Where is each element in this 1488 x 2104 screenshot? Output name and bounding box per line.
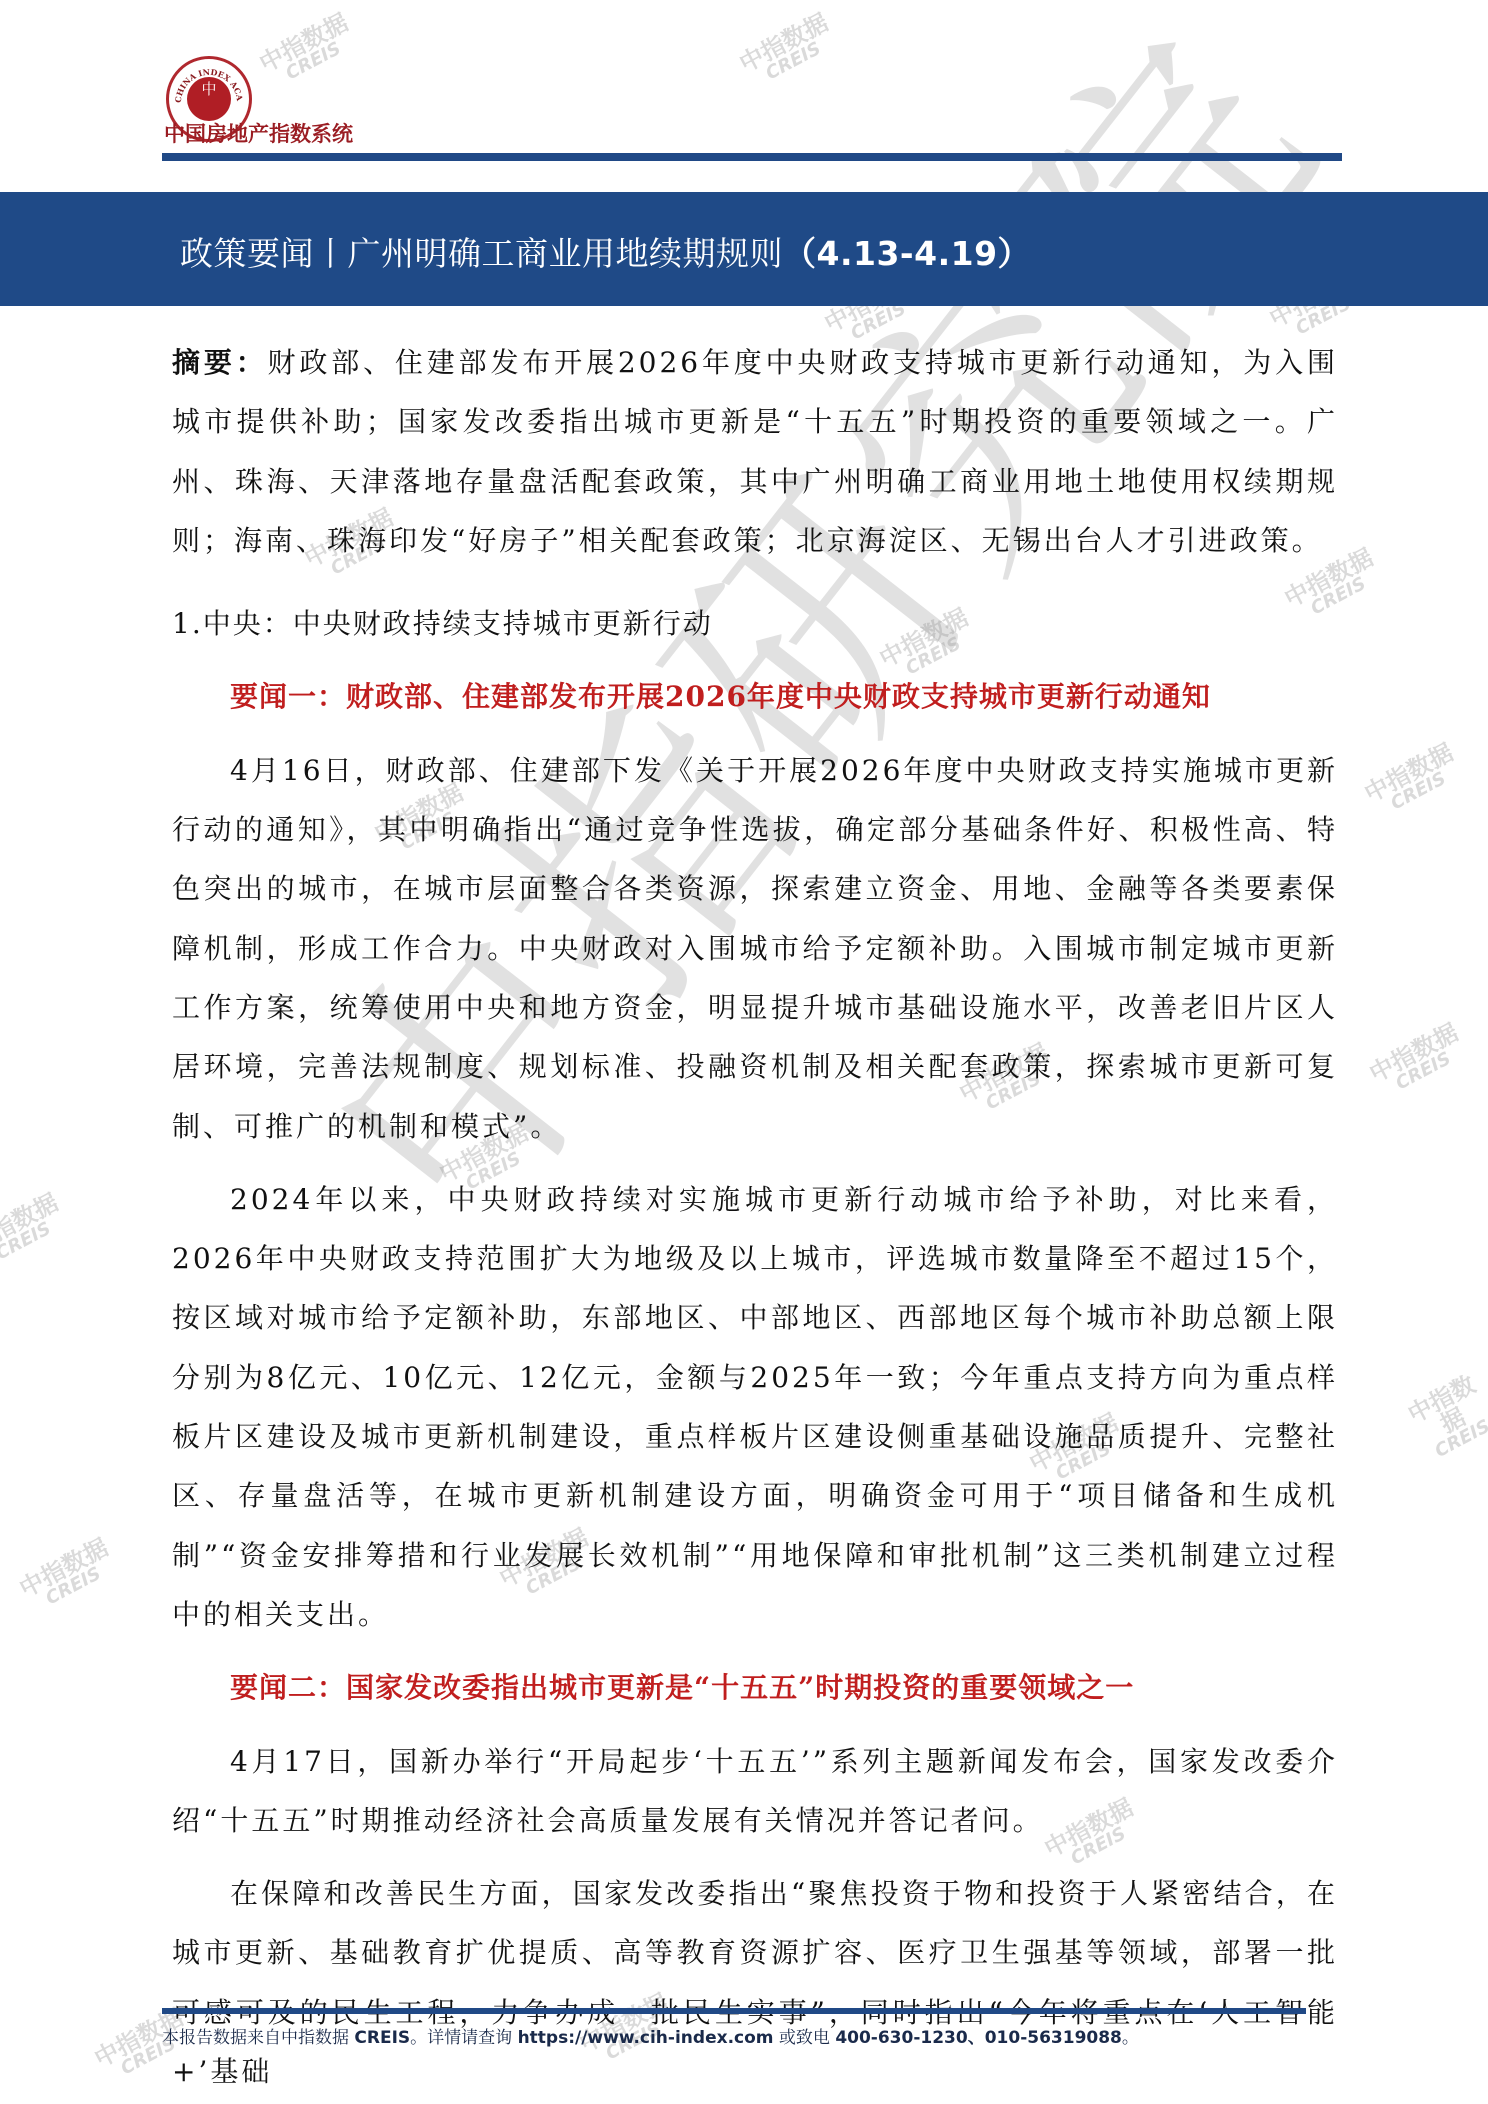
title-main: 政策要闻丨广州明确工商业用地续期规则 bbox=[180, 234, 783, 273]
footer-brand: CREIS bbox=[354, 2028, 410, 2048]
watermark: 中指数据CREIS bbox=[1366, 1020, 1470, 1102]
document-body: 摘要：财政部、住建部发布开展2026年度中央财政支持城市更新行动通知，为入围城市… bbox=[172, 333, 1338, 2101]
watermark: 中指数据CREIS bbox=[256, 10, 360, 92]
title-date-range: （4.13-4.19） bbox=[783, 234, 1031, 273]
watermark: 中指数据CREIS bbox=[736, 10, 840, 92]
watermark: 中指数据CREIS bbox=[1361, 740, 1465, 822]
brand-name: 中国房地产指数系统 bbox=[164, 118, 353, 148]
page-title: 政策要闻丨广州明确工商业用地续期规则（4.13-4.19） bbox=[180, 228, 1031, 275]
logo-center: 中 bbox=[187, 77, 231, 121]
abstract-text: 财政部、住建部发布开展2026年度中央财政支持城市更新行动通知，为入围城市提供补… bbox=[172, 346, 1338, 557]
news-paragraph: 4月16日，财政部、住建部下发《关于开展2026年度中央财政支持实施城市更新行动… bbox=[172, 741, 1338, 1156]
watermark: 中指数据CREIS bbox=[1404, 1372, 1488, 1465]
news-paragraph: 4月17日，国新办举行“开局起步‘十五五’”系列主题新闻发布会，国家发改委介绍“… bbox=[172, 1732, 1338, 1851]
abstract: 摘要：财政部、住建部发布开展2026年度中央财政支持城市更新行动通知，为入围城市… bbox=[172, 333, 1338, 570]
section-heading: 1.中央：中央财政持续支持城市更新行动 bbox=[172, 594, 1338, 653]
footer-phone: 400-630-1230、010-56319088 bbox=[835, 2028, 1122, 2048]
footer-url-link[interactable]: https://www.cih-index.com bbox=[518, 2028, 774, 2048]
news-headline: 要闻二：国家发改委指出城市更新是“十五五”时期投资的重要领域之一 bbox=[172, 1658, 1338, 1717]
news-paragraph: 2024年以来，中央财政持续对实施城市更新行动城市给予补助，对比来看，2026年… bbox=[172, 1170, 1338, 1644]
abstract-label: 摘要： bbox=[172, 346, 268, 379]
news-headline: 要闻一：财政部、住建部发布开展2026年度中央财政支持城市更新行动通知 bbox=[172, 667, 1338, 726]
footer-divider bbox=[162, 2008, 1306, 2014]
header-divider bbox=[162, 153, 1342, 161]
news-paragraph: 在保障和改善民生方面，国家发改委指出“聚焦投资于物和投资于人紧密结合，在城市更新… bbox=[172, 1864, 1338, 2101]
watermark: 中指数据CREIS bbox=[0, 1190, 70, 1272]
footer-note: 本报告数据来自中指数据 CREIS。详情请查询 https://www.cih-… bbox=[162, 2023, 1139, 2048]
watermark: 中指数据CREIS bbox=[16, 1535, 120, 1617]
